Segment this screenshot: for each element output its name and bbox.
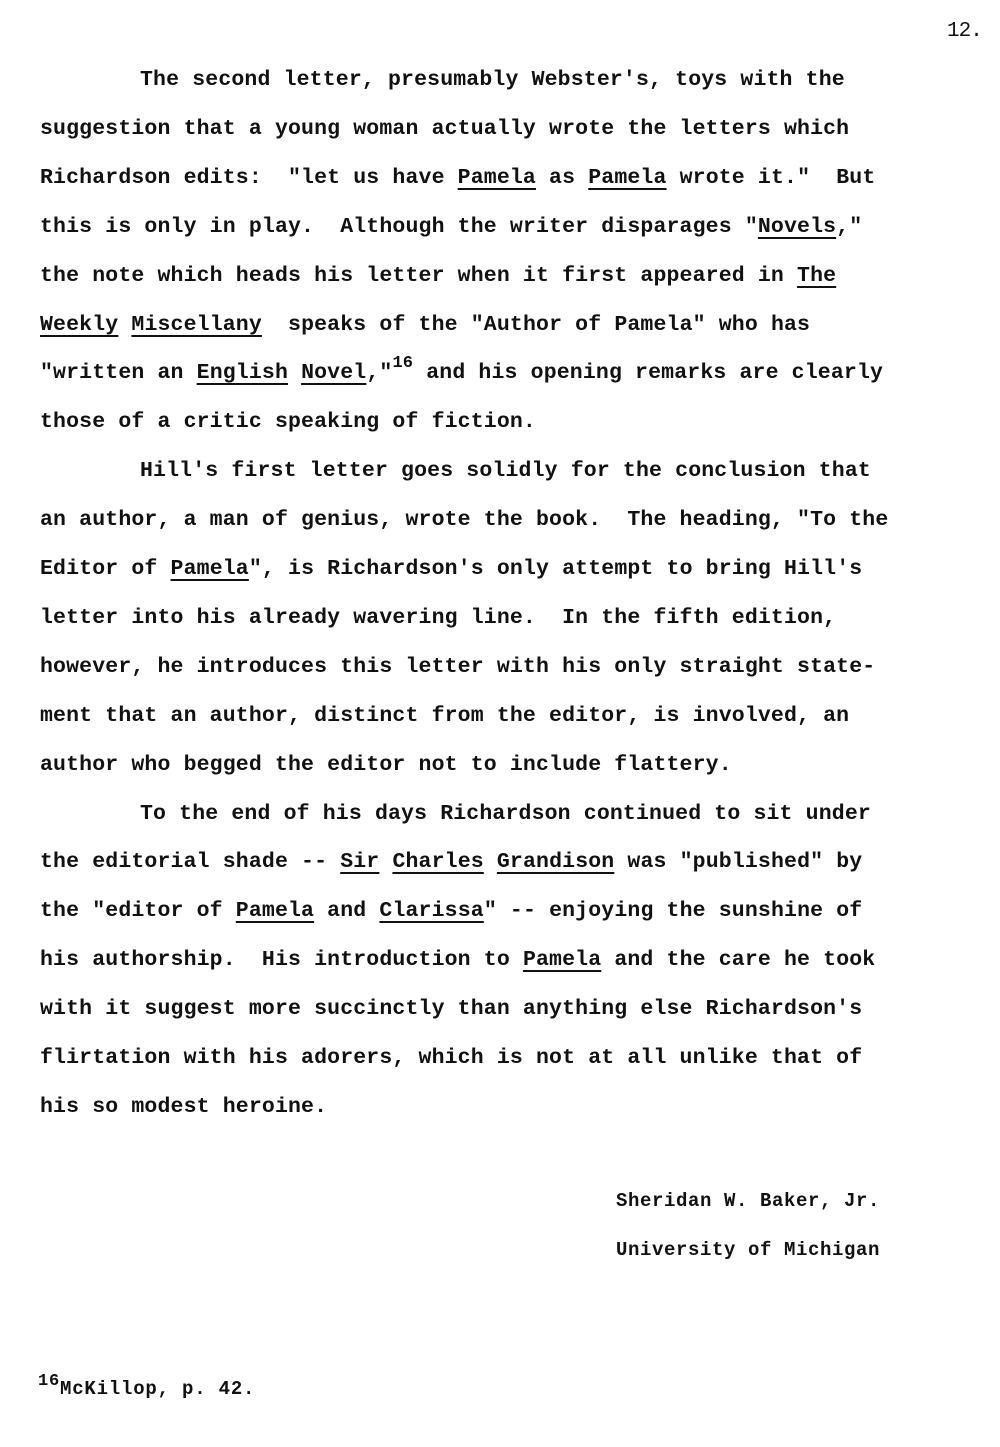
text-segment: those of a critic speaking of fiction. xyxy=(40,410,536,434)
text-segment: author who begged the editor not to incl… xyxy=(40,753,732,777)
text-line: this is only in play. Although the write… xyxy=(40,213,862,241)
underlined-title: Clarissa xyxy=(379,899,483,923)
text-segment: "written an xyxy=(40,361,197,385)
text-segment: wrote it." But xyxy=(667,166,876,190)
underlined-title: The xyxy=(797,264,836,288)
signature-affiliation: University of Michigan xyxy=(616,1239,880,1261)
text-segment: suggestion that a young woman actually w… xyxy=(40,117,849,141)
underlined-title: Grandison xyxy=(497,850,614,874)
text-segment: speaks of the "Author of Pamela" who has xyxy=(262,313,810,337)
text-segment: and xyxy=(314,899,379,923)
text-segment: this is only in play. Although the write… xyxy=(40,215,758,239)
text-segment: an author, a man of genius, wrote the bo… xyxy=(40,508,888,532)
text-segment: " -- enjoying the sunshine of xyxy=(484,899,863,923)
text-segment: the editorial shade -- xyxy=(40,850,340,874)
text-segment: and the care he took xyxy=(601,948,875,972)
text-segment: the "editor of xyxy=(40,899,236,923)
text-line: those of a critic speaking of fiction. xyxy=(40,408,536,436)
underlined-title: Pamela xyxy=(458,166,536,190)
text-line: letter into his already wavering line. I… xyxy=(40,604,836,632)
text-line: The second letter, presumably Webster's,… xyxy=(140,66,845,94)
text-line: suggestion that a young woman actually w… xyxy=(40,115,849,143)
text-line: To the end of his days Richardson contin… xyxy=(140,800,871,828)
underlined-title: Novel xyxy=(301,361,366,385)
underlined-title: Weekly xyxy=(40,313,118,337)
text-segment: Hill's first letter goes solidly for the… xyxy=(140,459,871,483)
text-segment: Richardson edits: "let us have xyxy=(40,166,458,190)
text-segment: flirtation with his adorers, which is no… xyxy=(40,1046,862,1070)
text-line: the editorial shade -- Sir Charles Grand… xyxy=(40,848,862,876)
text-line: the note which heads his letter when it … xyxy=(40,262,836,290)
underlined-title: Novels xyxy=(758,215,836,239)
text-segment xyxy=(288,361,301,385)
text-line: however, he introduces this letter with … xyxy=(40,653,875,681)
footnote: 16McKillop, p. 42. xyxy=(38,1378,255,1400)
text-segment: Editor of xyxy=(40,557,171,581)
text-line: an author, a man of genius, wrote the bo… xyxy=(40,506,888,534)
text-line: author who begged the editor not to incl… xyxy=(40,751,732,779)
text-segment: The second letter, presumably Webster's,… xyxy=(140,68,845,92)
footnote-reference: 16 xyxy=(392,354,413,373)
underlined-title: Pamela xyxy=(523,948,601,972)
text-segment xyxy=(484,850,497,874)
underlined-title: Pamela xyxy=(588,166,666,190)
text-segment xyxy=(118,313,131,337)
text-line: Hill's first letter goes solidly for the… xyxy=(140,457,871,485)
underlined-title: Miscellany xyxy=(131,313,262,337)
underlined-title: English xyxy=(197,361,288,385)
text-segment: with it suggest more succinctly than any… xyxy=(40,997,862,1021)
underlined-title: Sir xyxy=(340,850,379,874)
text-line: "written an English Novel,"16 and his op… xyxy=(40,359,883,389)
text-segment: as xyxy=(536,166,588,190)
text-segment: was "published" by xyxy=(614,850,862,874)
underlined-title: Pamela xyxy=(236,899,314,923)
text-segment: however, he introduces this letter with … xyxy=(40,655,875,679)
text-line: Editor of Pamela", is Richardson's only … xyxy=(40,555,862,583)
text-segment: his so modest heroine. xyxy=(40,1095,327,1119)
text-segment: letter into his already wavering line. I… xyxy=(40,606,836,630)
text-segment: ," xyxy=(366,361,392,385)
footnote-marker: 16 xyxy=(38,1372,60,1391)
footnote-text: McKillop, p. 42. xyxy=(60,1378,255,1400)
underlined-title: Charles xyxy=(392,850,483,874)
text-segment: ment that an author, distinct from the e… xyxy=(40,704,849,728)
text-line: his so modest heroine. xyxy=(40,1093,327,1121)
text-line: the "editor of Pamela and Clarissa" -- e… xyxy=(40,897,862,925)
text-segment: ", is Richardson's only attempt to bring… xyxy=(249,557,862,581)
text-line: Weekly Miscellany speaks of the "Author … xyxy=(40,311,810,339)
underlined-title: Pamela xyxy=(171,557,249,581)
text-segment: ," xyxy=(836,215,862,239)
text-line: with it suggest more succinctly than any… xyxy=(40,995,862,1023)
text-line: his authorship. His introduction to Pame… xyxy=(40,946,875,974)
text-line: ment that an author, distinct from the e… xyxy=(40,702,849,730)
text-segment: the note which heads his letter when it … xyxy=(40,264,797,288)
text-segment: and his opening remarks are clearly xyxy=(413,361,883,385)
text-segment xyxy=(379,850,392,874)
text-segment: To the end of his days Richardson contin… xyxy=(140,802,871,826)
signature-name: Sheridan W. Baker, Jr. xyxy=(616,1190,880,1212)
document-page: 12. The second letter, presumably Webste… xyxy=(0,0,1000,1447)
page-number: 12. xyxy=(947,20,982,43)
text-line: Richardson edits: "let us have Pamela as… xyxy=(40,164,875,192)
text-line: flirtation with his adorers, which is no… xyxy=(40,1044,862,1072)
text-segment: his authorship. His introduction to xyxy=(40,948,523,972)
